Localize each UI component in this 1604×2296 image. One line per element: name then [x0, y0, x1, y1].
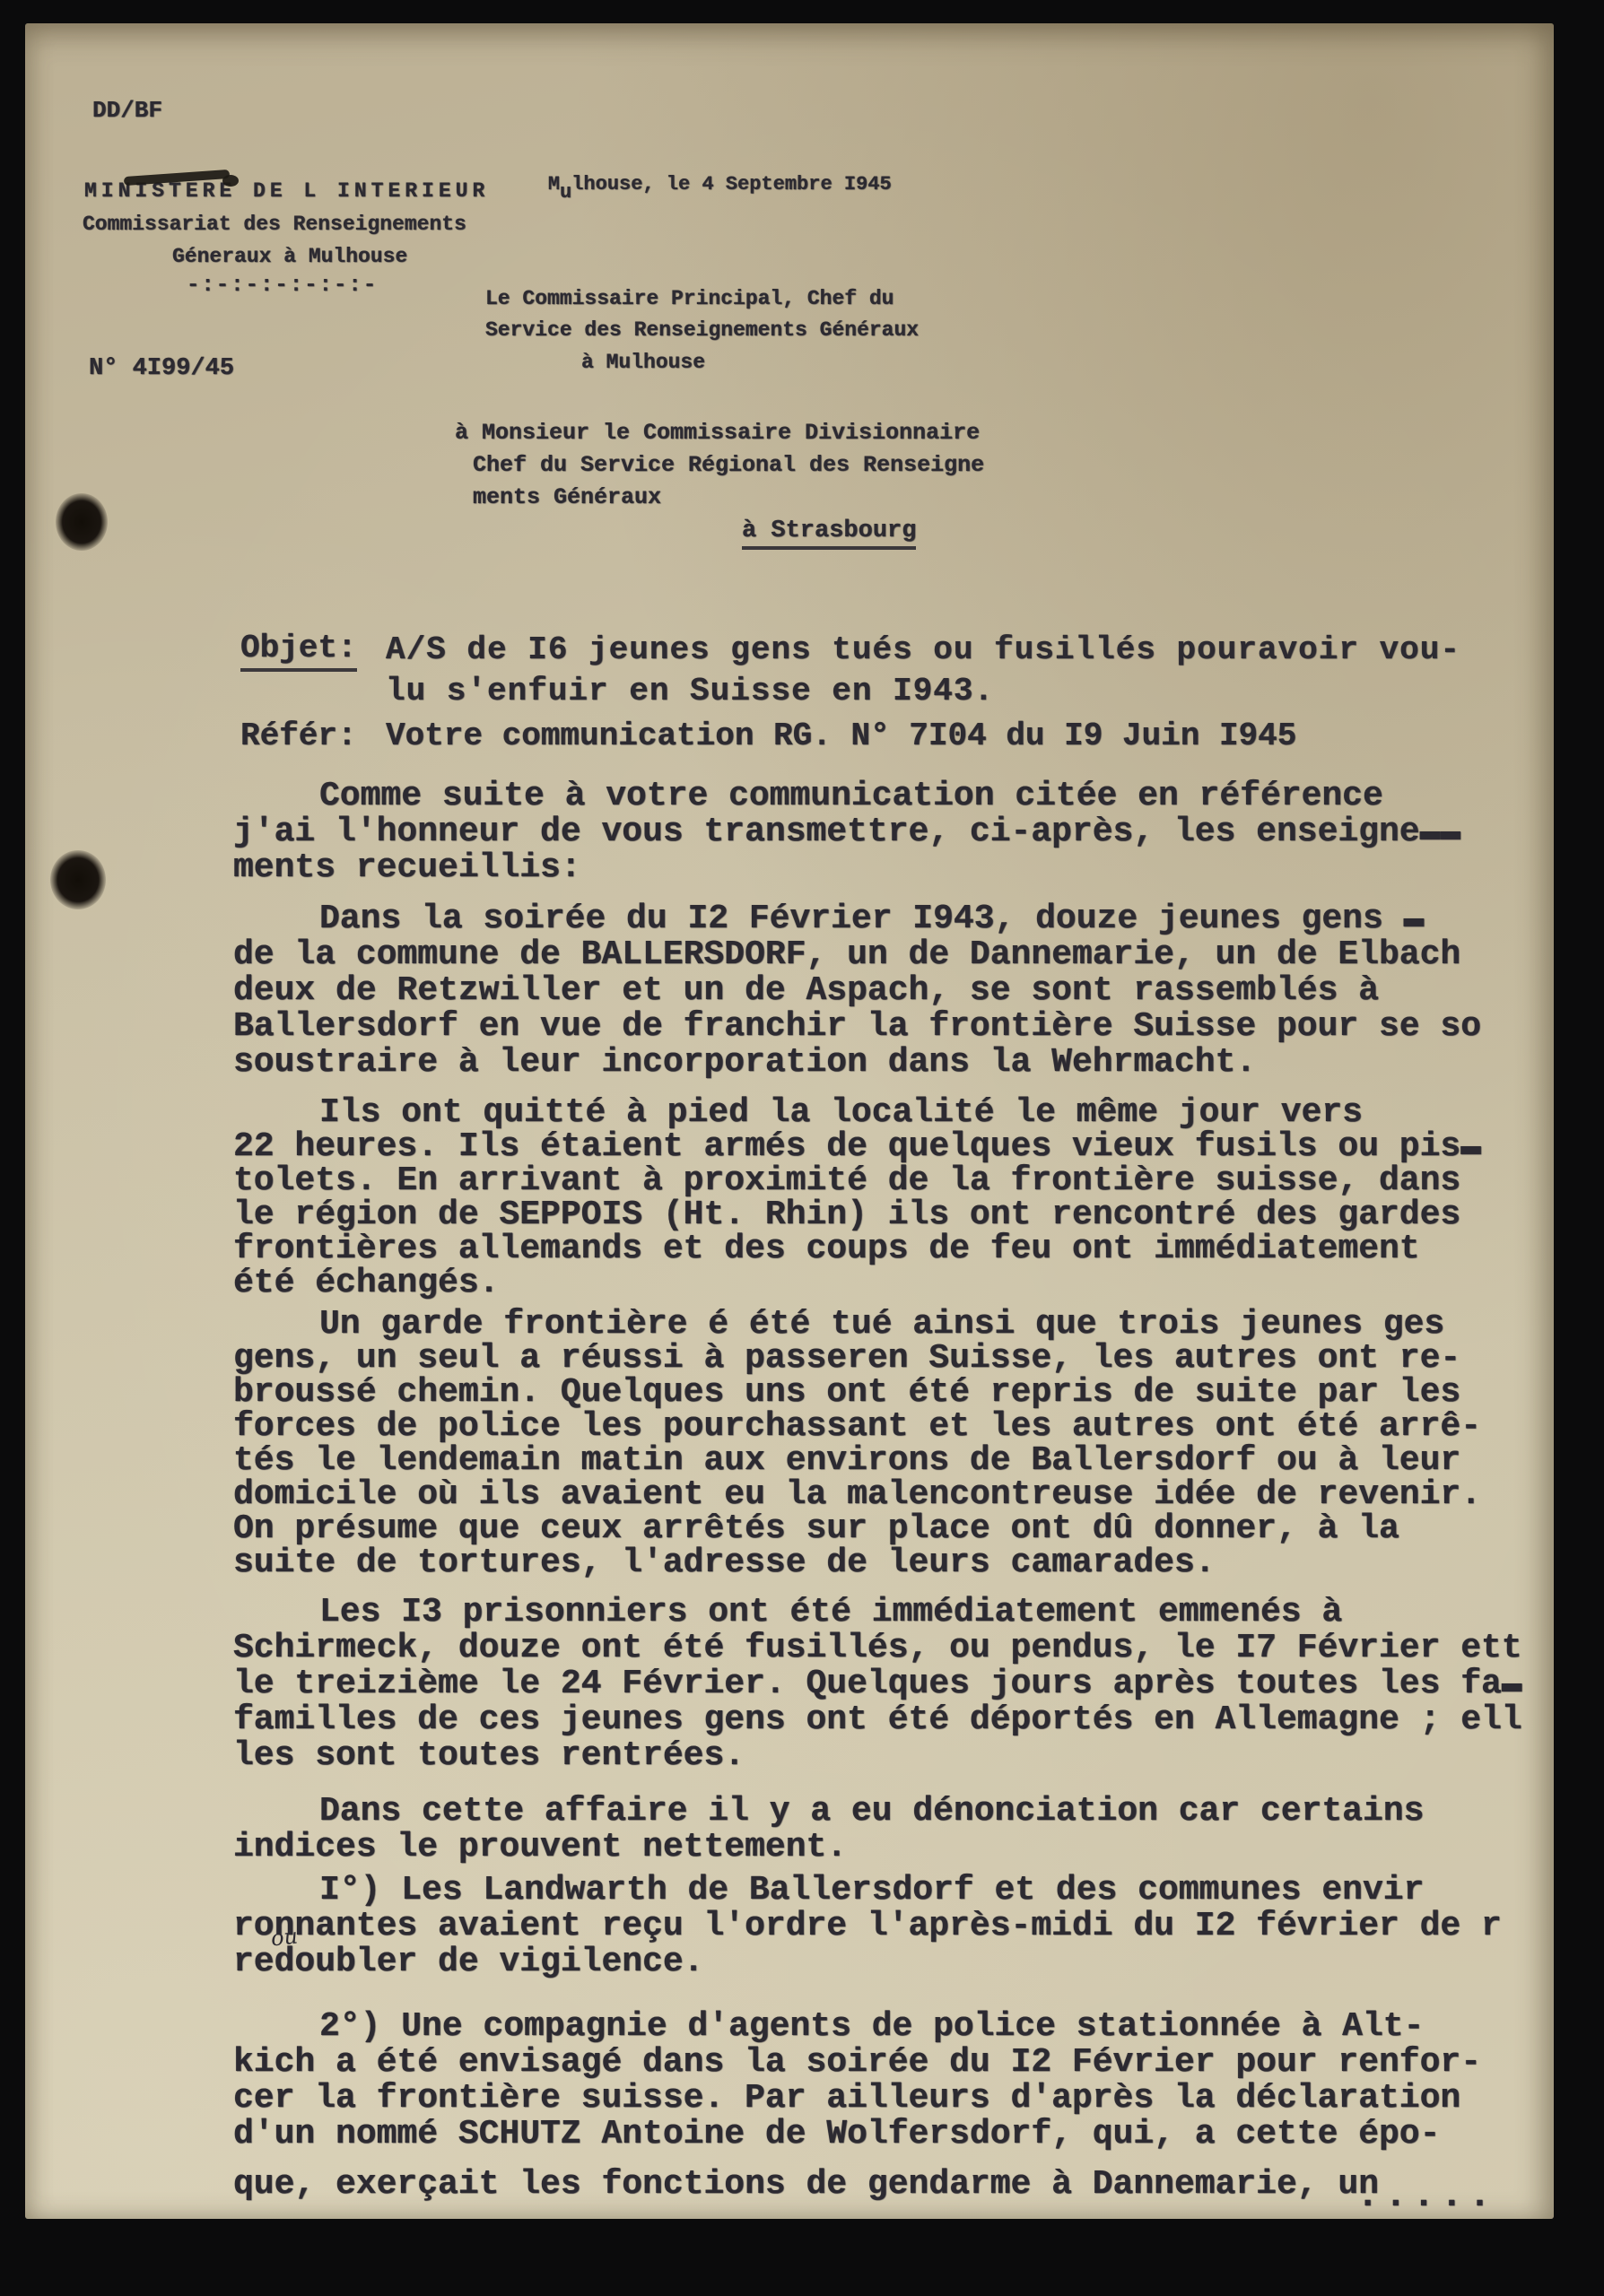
body-paragraph-6: Dans cette affaire il y a eu dénonciatio…: [233, 1794, 1561, 1865]
typist-initials: DD/BF: [92, 97, 162, 124]
sender-line-3: à Mulhouse: [581, 351, 705, 374]
document-photo: DD/BF MINISTERE DE L INTERIEUR Commissar…: [0, 0, 1604, 2296]
sender-line-1: Le Commissaire Principal, Chef du: [485, 287, 894, 310]
recipient-line-3: ments Généraux: [473, 484, 661, 510]
letterhead-line-2: Commissariat des Renseignements: [83, 213, 466, 236]
dateline: Mulhouse, le 4 Septembre I945: [501, 151, 892, 218]
recipient-line-2: Chef du Service Régional des Renseigne: [473, 452, 984, 478]
sender-line-2: Service des Renseignements Généraux: [485, 318, 919, 342]
handwritten-correction: ou: [270, 1924, 300, 1952]
letterhead-divider: -:-:-:-:-:-:-: [187, 274, 378, 298]
recipient-line-1: à Monsieur le Commissaire Divisionnaire: [455, 420, 980, 446]
continuation-dots: .....: [1356, 2174, 1496, 2217]
subject-text: A/S de I6 jeunes gens tués ou fusillés p…: [386, 630, 1552, 712]
body-paragraph-7: I°) Les Landwarth de Ballersdorf et des …: [233, 1873, 1561, 1980]
file-number: N° 4I99/45: [89, 355, 234, 382]
punch-hole-bottom: [50, 850, 106, 909]
body-paragraph-8-continued: que, exerçait les fonctions de gendarme …: [233, 2165, 1379, 2204]
body-paragraph-5: Les I3 prisonniers ont été immédiatement…: [233, 1595, 1561, 1774]
letterhead-line-3: Géneraux à Mulhouse: [172, 245, 407, 268]
body-paragraph-1: Comme suite à votre communication citée …: [233, 778, 1561, 886]
reference-label: Référ:: [240, 717, 357, 754]
reference-text: Votre communication RG. N° 7I04 du I9 Ju…: [386, 717, 1296, 754]
dateline-city-initial: M: [548, 173, 560, 196]
dateline-city-subscript: u: [560, 181, 571, 204]
ink-smudge: [222, 175, 239, 187]
body-paragraph-8: 2°) Une compagnie d'agents de police sta…: [233, 2009, 1561, 2152]
body-paragraph-3: Ils ont quitté à pied la localité le mêm…: [233, 1096, 1561, 1300]
dateline-rest: lhouse, le 4 Septembre I945: [571, 173, 891, 196]
recipient-city: à Strasbourg: [742, 517, 916, 550]
body-paragraph-4: Un garde frontière é été tué ainsi que t…: [233, 1308, 1561, 1580]
body-paragraph-2: Dans la soirée du I2 Février I943, douze…: [233, 901, 1561, 1081]
punch-hole-top: [56, 493, 108, 551]
subject-label: Objet:: [240, 630, 357, 672]
